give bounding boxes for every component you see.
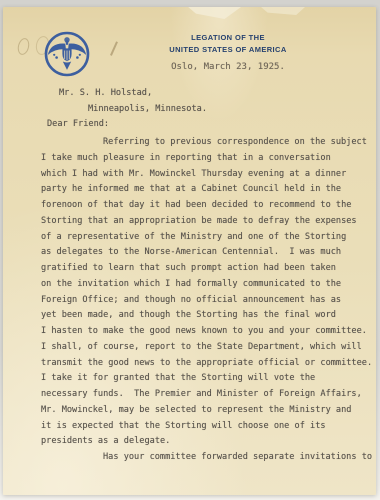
dateline: Oslo, March 23, 1925. (128, 62, 328, 72)
pencil-mark (16, 37, 31, 56)
paper-tear (186, 7, 241, 19)
recipient-name: Mr. S. H. Holstad, (59, 88, 152, 98)
recipient-city: Minneapolis, Minnesota. (88, 104, 207, 114)
body-line: Storting that an appropriation be made t… (41, 214, 359, 230)
body-line: yet been made, and though the Storting h… (41, 308, 359, 324)
pencil-mark (110, 41, 117, 55)
scanned-letter: LEGATION OF THE UNITED STATES OF AMERICA… (0, 0, 380, 500)
body-line: transmit the good news to the appropriat… (41, 356, 359, 372)
letter-paper: LEGATION OF THE UNITED STATES OF AMERICA… (3, 7, 376, 495)
salutation: Dear Friend: (47, 119, 109, 129)
body-line: forenoon of that day it had been decided… (41, 198, 359, 214)
body-line: I shall, of course, report to the State … (41, 340, 359, 356)
body-line: necessary funds. The Premier and Ministe… (41, 387, 359, 403)
body-line: presidents as a delegate. (41, 434, 359, 450)
body-line: as delegates to the Norse-American Cente… (41, 245, 359, 261)
body-line: gratified to learn that such prompt acti… (41, 261, 359, 277)
body-line: of a representative of the Ministry and … (41, 230, 359, 246)
body-line: Has your committee forwarded separate in… (41, 450, 359, 466)
body-line: I hasten to make the good news known to … (41, 324, 359, 340)
letterhead-org-line2: UNITED STATES OF AMERICA (118, 45, 338, 54)
body-line: it is expected that the Storting will ch… (41, 419, 359, 435)
body-line: Referring to previous correspondence on … (41, 135, 359, 151)
body-line: Foreign Office; and though no official a… (41, 293, 359, 309)
us-great-seal-icon (43, 30, 91, 78)
body-line: which I had with Mr. Mowinckel Thursday … (41, 167, 359, 183)
letter-body: Referring to previous correspondence on … (41, 135, 359, 466)
body-line: Mr. Mowinckel, may be selected to repres… (41, 403, 359, 419)
body-line: party he informed me that at a Cabinet C… (41, 182, 359, 198)
body-line: I take it for granted that the Storting … (41, 371, 359, 387)
letterhead-org-line1: LEGATION OF THE (118, 33, 338, 42)
paper-tear (261, 7, 305, 15)
body-line: I take much pleasure in reporting that i… (41, 151, 359, 167)
body-line: on the invitation which I had formally c… (41, 277, 359, 293)
